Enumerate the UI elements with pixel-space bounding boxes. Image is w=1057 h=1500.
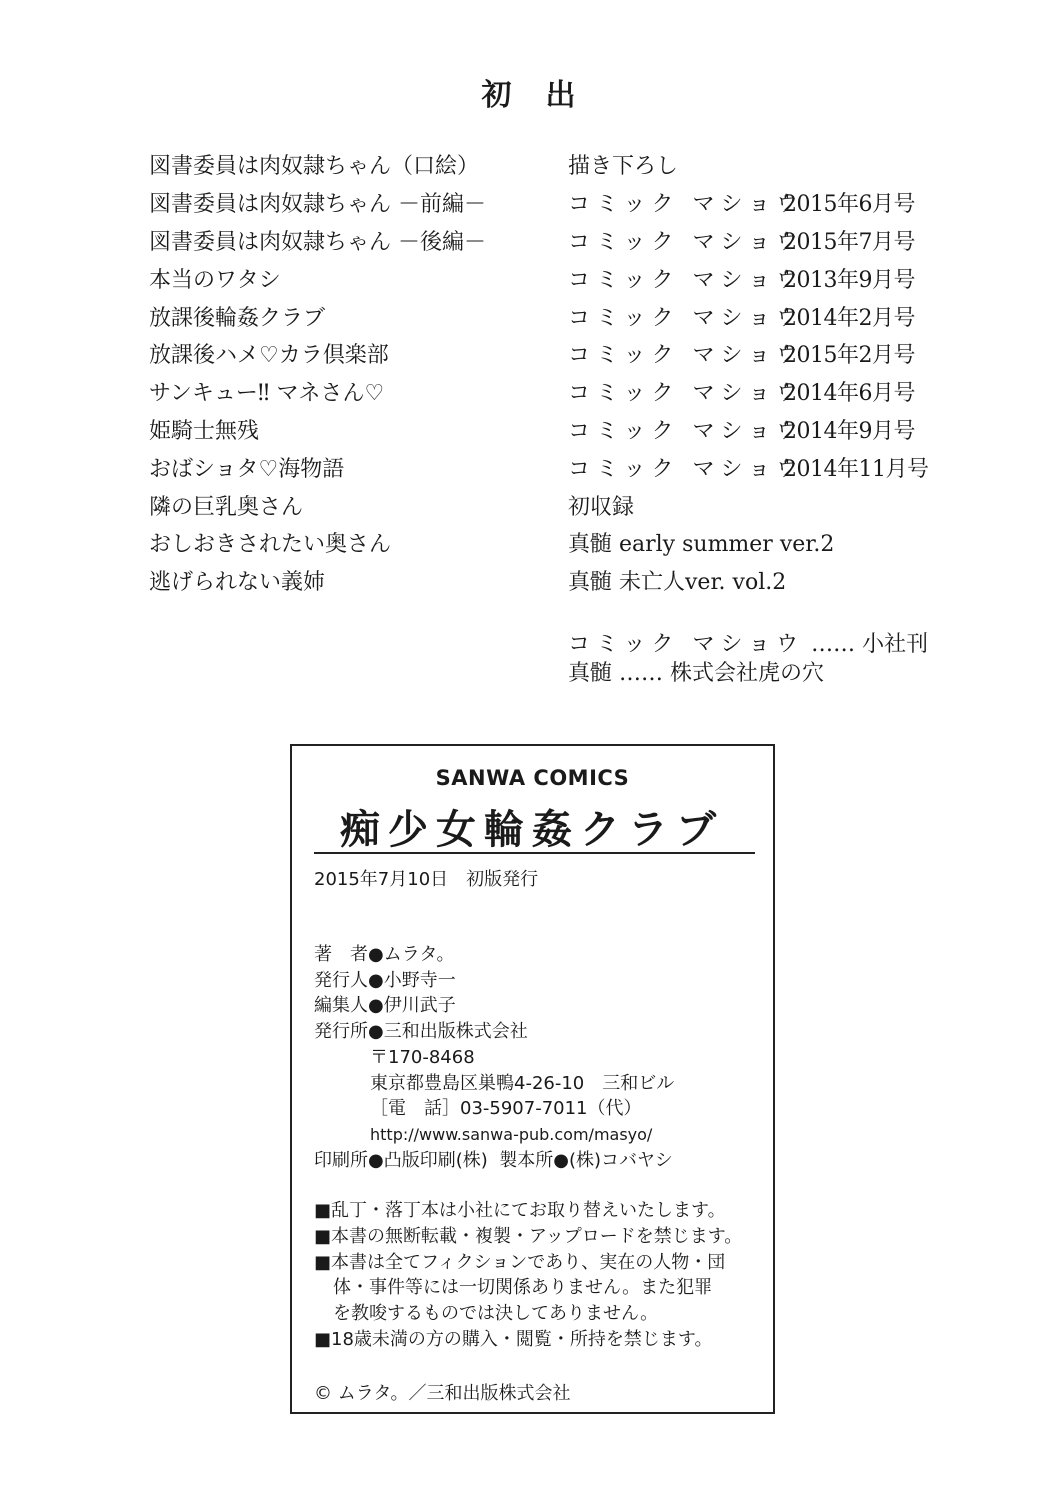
legal-notices: ■乱丁・落丁本は小社にてお取り替えいたします。 ■本書の無断転載・複製・アップロ… — [314, 1198, 742, 1353]
story-title: 図書委員は肉奴隷ちゃん －前編－ — [149, 187, 568, 218]
phone: ［電 話］03-5907-7011（代） — [314, 1096, 674, 1122]
author-row: 著 者●ムラタ。 — [314, 942, 674, 968]
magazine-issue: 2015年2月号 — [783, 338, 915, 369]
editor-label: 編集人 — [314, 993, 368, 1019]
source-row: 図書委員は肉奴隷ちゃん －前編－ コミック マショウ 2015年6月号 — [149, 184, 949, 222]
story-title: 放課後ハメ♡カラ倶楽部 — [149, 338, 568, 369]
publisher-notes: コミック マショウ …… 小社刊 真髄 …… 株式会社虎の穴 — [568, 630, 928, 688]
book-title: 痴少女輪姦クラブ — [332, 798, 732, 855]
magazine-issue: 2013年9月号 — [783, 263, 915, 294]
publisher-person-row: 発行人●小野寺一 — [314, 968, 674, 994]
magazine-name: コミック マショウ — [568, 452, 783, 483]
ellipsis-separator: …… — [804, 632, 862, 657]
source-row: サンキュー‼ マネさん♡ コミック マショウ 2014年6月号 — [149, 373, 949, 411]
first-appearance-list: 図書委員は肉奴隷ちゃん（口絵） 描き下ろし 図書委員は肉奴隷ちゃん －前編－ コ… — [149, 146, 949, 600]
story-source: 描き下ろし — [568, 149, 678, 180]
copyright-line: © ムラタ。／三和出版株式会社 — [314, 1379, 570, 1405]
story-title: 隣の巨乳奥さん — [149, 490, 568, 521]
magazine-name: コミック マショウ — [568, 301, 783, 332]
printer-binder-row: 印刷所●凸版印刷(株) 製本所●(株)コバヤシ — [314, 1148, 674, 1174]
title-divider — [314, 852, 755, 854]
notice-line: ■18歳未満の方の購入・閲覧・所持を禁じます。 — [314, 1327, 742, 1353]
website-url: http://www.sanwa-pub.com/masyo/ — [314, 1122, 674, 1148]
imprint-brand: SANWA COMICS — [292, 766, 773, 790]
postal-code: 〒170-8468 — [314, 1045, 674, 1071]
magazine-name: コミック マショウ — [568, 414, 783, 445]
magazine-name: コミック マショウ — [568, 225, 783, 256]
bullet-icon: ● — [368, 1021, 384, 1042]
notice-line: を教唆するものでは決してありません。 — [314, 1301, 742, 1327]
publisher-note: コミック マショウ …… 小社刊 — [568, 630, 928, 659]
magazine-issue: 2014年9月号 — [783, 414, 915, 445]
source-row: 逃げられない義姉 真髄 未亡人ver. vol.2 — [149, 562, 949, 600]
magazine-name: コミック マショウ — [568, 187, 783, 218]
story-title: 姫騎士無残 — [149, 414, 568, 445]
source-row: 隣の巨乳奥さん 初収録 — [149, 486, 949, 524]
source-row: おばショタ♡海物語 コミック マショウ 2014年11月号 — [149, 448, 949, 486]
story-source: 真髄 未亡人ver. vol.2 — [568, 565, 786, 596]
magazine-issue: 2015年6月号 — [783, 187, 915, 218]
publisher-person-name: 小野寺一 — [384, 970, 456, 991]
binder-name: (株)コバヤシ — [569, 1150, 673, 1171]
author-label: 著 者 — [314, 942, 368, 968]
story-title: 放課後輪姦クラブ — [149, 301, 568, 332]
publication-date: 2015年7月10日 初版発行 — [314, 865, 538, 891]
source-row: 放課後輪姦クラブ コミック マショウ 2014年2月号 — [149, 297, 949, 335]
magazine-issue: 2014年2月号 — [783, 301, 915, 332]
magazine-issue: 2014年6月号 — [783, 376, 915, 407]
bullet-icon: ● — [368, 995, 384, 1016]
bullet-icon: ● — [368, 944, 384, 965]
magazine-issue: 2015年7月号 — [783, 225, 915, 256]
source-row: 姫騎士無残 コミック マショウ 2014年9月号 — [149, 411, 949, 449]
colophon-box: SANWA COMICS 痴少女輪姦クラブ 2015年7月10日 初版発行 著 … — [290, 744, 775, 1414]
author-name: ムラタ。 — [384, 944, 455, 965]
story-source: 初収録 — [568, 490, 634, 521]
binder-label: 製本所 — [499, 1150, 553, 1171]
publishing-office-row: 発行所●三和出版株式会社 — [314, 1019, 674, 1045]
ellipsis-separator: …… — [612, 661, 670, 686]
publisher-name: 株式会社虎の穴 — [670, 661, 824, 686]
publishing-office-name: 三和出版株式会社 — [384, 1021, 528, 1042]
story-title: おばショタ♡海物語 — [149, 452, 568, 483]
source-row: 図書委員は肉奴隷ちゃん（口絵） 描き下ろし — [149, 146, 949, 184]
publisher-note: 真髄 …… 株式会社虎の穴 — [568, 659, 928, 688]
printer-name: 凸版印刷(株) — [384, 1150, 488, 1171]
bullet-icon: ● — [553, 1150, 569, 1171]
notice-line: ■本書の無断転載・複製・アップロードを禁じます。 — [314, 1224, 742, 1250]
publisher-name: 小社刊 — [862, 632, 928, 657]
printer-label: 印刷所 — [314, 1150, 368, 1171]
story-title: おしおきされたい奥さん — [149, 527, 568, 558]
story-title: 図書委員は肉奴隷ちゃん（口絵） — [149, 149, 568, 180]
editor-name: 伊川武子 — [384, 995, 456, 1016]
publisher-person-label: 発行人 — [314, 968, 368, 994]
address: 東京都豊島区巣鴨4-26-10 三和ビル — [314, 1071, 674, 1097]
story-title: 逃げられない義姉 — [149, 565, 568, 596]
source-row: 本当のワタシ コミック マショウ 2013年9月号 — [149, 259, 949, 297]
magazine-issue: 2014年11月号 — [783, 452, 928, 483]
story-source: 真髄 early summer ver.2 — [568, 527, 834, 558]
notice-line: ■乱丁・落丁本は小社にてお取り替えいたします。 — [314, 1198, 742, 1224]
story-title: 図書委員は肉奴隷ちゃん －後編－ — [149, 225, 568, 256]
publishing-office-label: 発行所 — [314, 1019, 368, 1045]
source-row: 図書委員は肉奴隷ちゃん －後編－ コミック マショウ 2015年7月号 — [149, 222, 949, 260]
page-heading: 初出 — [0, 70, 1057, 114]
story-title: サンキュー‼ マネさん♡ — [149, 376, 568, 407]
editor-row: 編集人●伊川武子 — [314, 993, 674, 1019]
notice-line: 体・事件等には一切関係ありません。また犯罪 — [314, 1275, 742, 1301]
source-row: おしおきされたい奥さん 真髄 early summer ver.2 — [149, 524, 949, 562]
magazine-name: コミック マショウ — [568, 376, 783, 407]
magazine-name: 真髄 — [568, 661, 612, 686]
story-title: 本当のワタシ — [149, 263, 568, 294]
magazine-name: コミック マショウ — [568, 632, 804, 657]
bullet-icon: ● — [368, 970, 384, 991]
magazine-name: コミック マショウ — [568, 338, 783, 369]
bullet-icon: ● — [368, 1150, 384, 1171]
source-row: 放課後ハメ♡カラ倶楽部 コミック マショウ 2015年2月号 — [149, 335, 949, 373]
credits-block: 著 者●ムラタ。 発行人●小野寺一 編集人●伊川武子 発行所●三和出版株式会社 … — [314, 942, 674, 1173]
magazine-name: コミック マショウ — [568, 263, 783, 294]
notice-line: ■本書は全てフィクションであり、実在の人物・団 — [314, 1250, 742, 1276]
